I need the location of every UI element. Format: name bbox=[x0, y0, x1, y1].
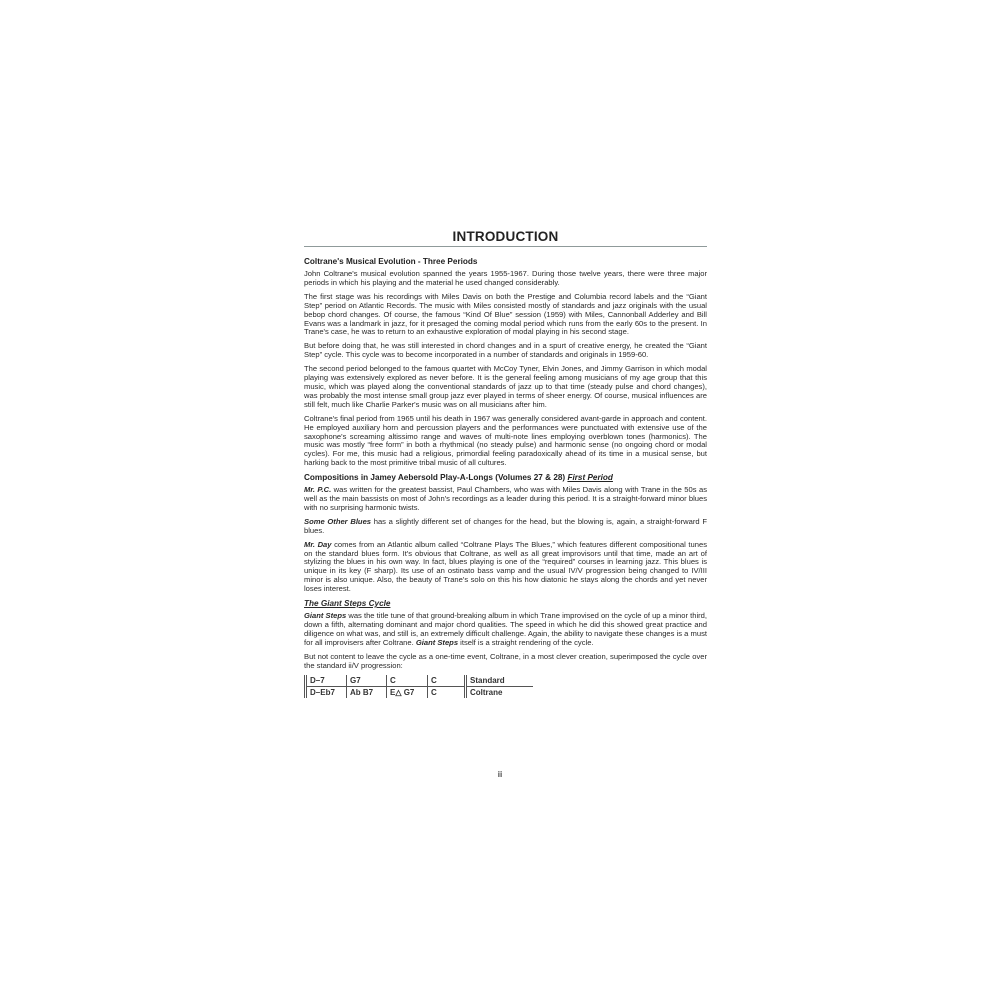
row-label: Standard bbox=[466, 675, 534, 687]
heading-text: Compositions in Jamey Aebersold Play-A-L… bbox=[304, 473, 565, 482]
paragraph: But before doing that, he was still inte… bbox=[304, 342, 707, 360]
chord-cell: D–7 bbox=[306, 675, 347, 687]
composition-paragraph: Mr. P.C. was written for the greatest ba… bbox=[304, 486, 707, 513]
chord-cell: C bbox=[428, 675, 466, 687]
chord-progression-table: D–7 G7 C C Standard D–Eb7 Ab B7 E△ G7 C … bbox=[304, 675, 533, 698]
page-number: ii bbox=[0, 770, 1000, 779]
chord-cell: C bbox=[428, 686, 466, 698]
section-heading-evolution: Coltrane's Musical Evolution - Three Per… bbox=[304, 257, 707, 266]
paragraph: Coltrane's final period from 1965 until … bbox=[304, 415, 707, 468]
composition-title: Mr. Day bbox=[304, 540, 332, 549]
table-row: D–Eb7 Ab B7 E△ G7 C Coltrane bbox=[306, 686, 534, 698]
document-page: INTRODUCTION Coltrane's Musical Evolutio… bbox=[304, 229, 707, 698]
paragraph: John Coltrane's musical evolution spanne… bbox=[304, 270, 707, 288]
composition-title: Some Other Blues bbox=[304, 517, 371, 526]
composition-paragraph: Mr. Day comes from an Atlantic album cal… bbox=[304, 541, 707, 594]
composition-text: was written for the greatest bassist, Pa… bbox=[304, 485, 707, 512]
chord-cell: Ab B7 bbox=[347, 686, 387, 698]
row-label: Coltrane bbox=[466, 686, 534, 698]
composition-text: comes from an Atlantic album called “Col… bbox=[304, 540, 707, 594]
composition-title: Giant Steps bbox=[416, 638, 458, 647]
chord-cell: D–Eb7 bbox=[306, 686, 347, 698]
composition-title: Giant Steps bbox=[304, 611, 346, 620]
paragraph: The second period belonged to the famous… bbox=[304, 365, 707, 410]
giant-steps-paragraph: Giant Steps was the title tune of that g… bbox=[304, 612, 707, 648]
composition-paragraph: Some Other Blues has a slightly differen… bbox=[304, 518, 707, 536]
chord-cell: E△ G7 bbox=[387, 686, 428, 698]
page-title: INTRODUCTION bbox=[304, 229, 707, 247]
section-heading-giant-steps: The Giant Steps Cycle bbox=[304, 599, 707, 608]
heading-emphasis: First Period bbox=[567, 473, 613, 482]
section-heading-compositions: Compositions in Jamey Aebersold Play-A-L… bbox=[304, 473, 707, 482]
table-row: D–7 G7 C C Standard bbox=[306, 675, 534, 687]
paragraph-text: itself is a straight rendering of the cy… bbox=[458, 638, 594, 647]
paragraph: But not content to leave the cycle as a … bbox=[304, 653, 707, 671]
composition-title: Mr. P.C. bbox=[304, 485, 331, 494]
chord-cell: G7 bbox=[347, 675, 387, 687]
paragraph: The first stage was his recordings with … bbox=[304, 293, 707, 338]
chord-cell: C bbox=[387, 675, 428, 687]
